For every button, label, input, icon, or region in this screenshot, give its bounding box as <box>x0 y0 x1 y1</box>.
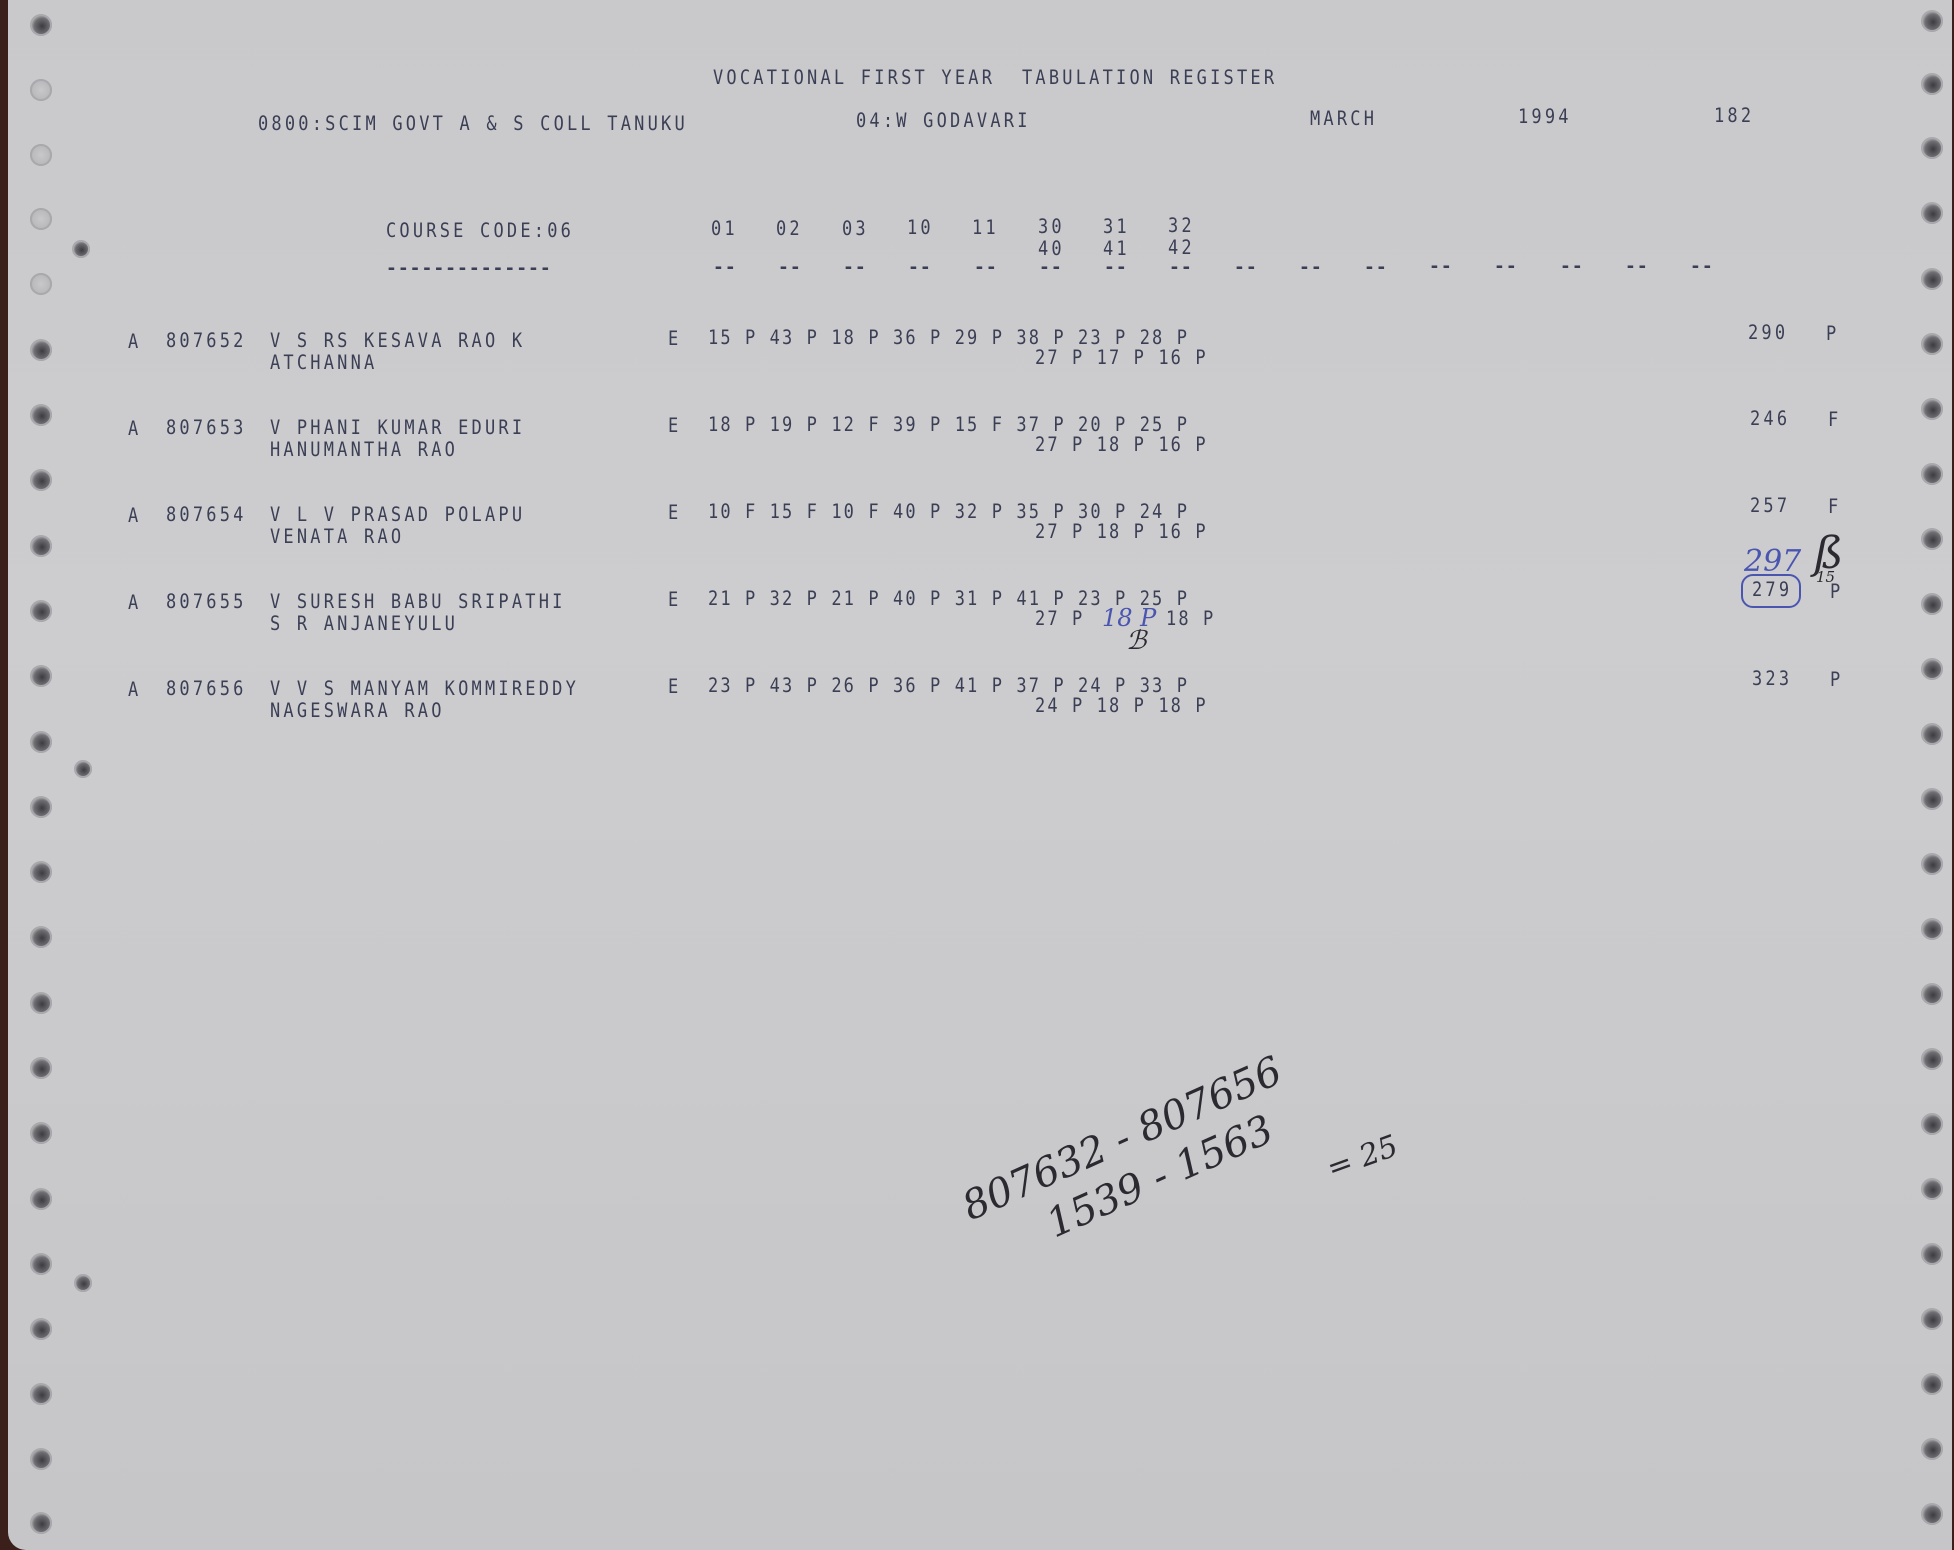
feed-hole-icon <box>30 144 52 166</box>
column-divider: -- <box>1690 256 1714 277</box>
feed-hole-icon <box>30 1318 52 1340</box>
roll-number: 807656 <box>166 678 247 701</box>
total-marks: 290 <box>1748 322 1788 345</box>
roll-number: 807652 <box>166 330 247 353</box>
feed-hole-icon <box>1921 1178 1943 1200</box>
district-code: 04:W GODAVARI <box>856 110 1031 133</box>
roll-number: 807653 <box>166 417 247 440</box>
father-name: S R ANJANEYULU <box>270 613 458 636</box>
initial-signature: ℬ <box>1126 626 1146 656</box>
feed-hole-icon <box>30 992 52 1014</box>
column-divider: -- <box>1169 257 1193 278</box>
marks-line-2: 27 P 18 P 16 P <box>1035 434 1208 457</box>
subject-code: 02 <box>776 218 803 241</box>
total-marks: 323 <box>1752 668 1792 691</box>
marks-line-2: 27 P <box>1035 608 1084 631</box>
father-name: VENATA RAO <box>270 526 404 549</box>
feed-hole-icon <box>30 404 52 426</box>
feed-hole-icon <box>1921 1048 1943 1070</box>
feed-hole-icon <box>1921 463 1943 485</box>
feed-hole-icon <box>30 79 52 101</box>
feed-hole-icon <box>30 273 52 295</box>
feed-hole-icon <box>30 1383 52 1405</box>
feed-hole-icon <box>30 665 52 687</box>
father-name: HANUMANTHA RAO <box>270 439 458 462</box>
total-marks: 257 <box>1750 495 1790 518</box>
feed-hole-icon <box>30 926 52 948</box>
feed-hole-icon <box>1921 853 1943 875</box>
feed-hole-icon <box>1921 658 1943 680</box>
feed-hole-icon <box>1921 788 1943 810</box>
course-code-label: COURSE CODE:06 <box>386 220 574 243</box>
grade-code: A <box>128 679 141 702</box>
medium: E <box>668 589 681 612</box>
marks-line-2: 27 P 18 P 16 P <box>1035 521 1208 544</box>
subject-code: 01 <box>711 218 738 241</box>
subject-code: 32 <box>1168 215 1195 238</box>
torn-hole-icon <box>74 1274 92 1292</box>
subject-code: 11 <box>972 217 999 240</box>
feed-hole-icon <box>1921 1503 1943 1525</box>
feed-hole-icon <box>30 1448 52 1470</box>
father-name: NAGESWARA RAO <box>270 700 445 723</box>
feed-hole-icon <box>30 1512 52 1534</box>
column-divider: -- <box>1494 256 1518 277</box>
feed-hole-icon <box>30 535 52 557</box>
feed-hole-icon <box>30 1122 52 1144</box>
feed-hole-icon <box>1921 10 1943 32</box>
page-number: 182 <box>1714 105 1754 128</box>
feed-hole-icon <box>1921 398 1943 420</box>
feed-hole-icon <box>1921 137 1943 159</box>
student-name: V L V PRASAD POLAPU <box>270 504 525 527</box>
column-divider: -- <box>778 257 802 278</box>
roll-number: 807654 <box>166 504 247 527</box>
column-divider: -- <box>1104 257 1128 278</box>
torn-hole-icon <box>72 240 90 258</box>
marks-line-2: 24 P 18 P 18 P <box>1035 695 1208 718</box>
column-divider: -- <box>1039 257 1063 278</box>
column-divider: -- <box>1364 257 1388 278</box>
grade-code: A <box>128 505 141 528</box>
feed-hole-icon <box>1921 333 1943 355</box>
feed-hole-icon <box>30 731 52 753</box>
student-name: V V S MANYAM KOMMIREDDY <box>270 678 579 701</box>
feed-hole-icon <box>30 1057 52 1079</box>
marks-line-2: 27 P 17 P 16 P <box>1035 347 1208 370</box>
feed-hole-icon <box>1921 1243 1943 1265</box>
feed-hole-icon <box>30 796 52 818</box>
feed-hole-icon <box>1921 1438 1943 1460</box>
column-divider: -- <box>974 257 998 278</box>
column-divider: -- <box>1560 256 1584 277</box>
feed-hole-icon <box>1921 73 1943 95</box>
total-marks: 279 <box>1752 579 1792 602</box>
feed-hole-icon <box>1921 723 1943 745</box>
column-divider: -- <box>1625 256 1649 277</box>
column-divider: -- <box>843 257 867 278</box>
course-code-underline: -------------- <box>386 258 552 279</box>
subject-code: 10 <box>907 217 934 240</box>
feed-hole-icon <box>1921 918 1943 940</box>
grade-code: A <box>128 331 141 354</box>
count-note: = 25 <box>1322 1129 1402 1187</box>
handwritten-range-note: 807632 - 807656 1539 - 1563 <box>956 1048 1308 1272</box>
feed-hole-icon <box>1921 983 1943 1005</box>
feed-hole-icon <box>1921 593 1943 615</box>
result: P <box>1826 323 1839 346</box>
result: P <box>1830 669 1843 692</box>
feed-hole-icon <box>30 14 52 36</box>
torn-hole-icon <box>74 760 92 778</box>
result: P <box>1830 581 1843 604</box>
medium: E <box>668 415 681 438</box>
roll-number: 807655 <box>166 591 247 614</box>
feed-hole-icon <box>30 1253 52 1275</box>
grade-code: A <box>128 592 141 615</box>
feed-hole-icon <box>30 861 52 883</box>
register-title: VOCATIONAL FIRST YEAR TABULATION REGISTE… <box>713 67 1277 90</box>
student-name: V SURESH BABU SRIPATHI <box>270 591 566 614</box>
marks-line-2: 18 P <box>1166 608 1215 631</box>
grade-code: A <box>128 418 141 441</box>
column-divider: -- <box>713 257 737 278</box>
father-name: ATCHANNA <box>270 352 377 375</box>
medium: E <box>668 502 681 525</box>
feed-hole-icon <box>30 339 52 361</box>
tabulation-sheet: VOCATIONAL FIRST YEAR TABULATION REGISTE… <box>8 0 1952 1550</box>
column-divider: -- <box>908 257 932 278</box>
total-marks: 246 <box>1750 408 1790 431</box>
feed-hole-icon <box>30 469 52 491</box>
medium: E <box>668 328 681 351</box>
feed-hole-icon <box>1921 202 1943 224</box>
feed-hole-icon <box>30 208 52 230</box>
feed-hole-icon <box>1921 1373 1943 1395</box>
exam-month: MARCH <box>1310 108 1377 131</box>
feed-hole-icon <box>30 1188 52 1210</box>
subject-code: 31 <box>1103 216 1130 239</box>
feed-hole-icon <box>1921 528 1943 550</box>
result: F <box>1828 496 1841 519</box>
feed-hole-icon <box>1921 268 1943 290</box>
column-divider: -- <box>1234 257 1258 278</box>
feed-hole-icon <box>1921 1113 1943 1135</box>
column-divider: -- <box>1299 257 1323 278</box>
exam-year: 1994 <box>1518 106 1572 129</box>
student-name: V S RS KESAVA RAO K <box>270 330 525 353</box>
subject-code: 30 <box>1038 216 1065 239</box>
college-code: 0800:SCIM GOVT A & S COLL TANUKU <box>258 113 688 136</box>
result: F <box>1828 409 1841 432</box>
feed-hole-icon <box>30 600 52 622</box>
column-divider: -- <box>1429 256 1453 277</box>
feed-hole-icon <box>1921 1308 1943 1330</box>
subject-code: 03 <box>842 218 869 241</box>
medium: E <box>668 676 681 699</box>
student-name: V PHANI KUMAR EDURI <box>270 417 525 440</box>
